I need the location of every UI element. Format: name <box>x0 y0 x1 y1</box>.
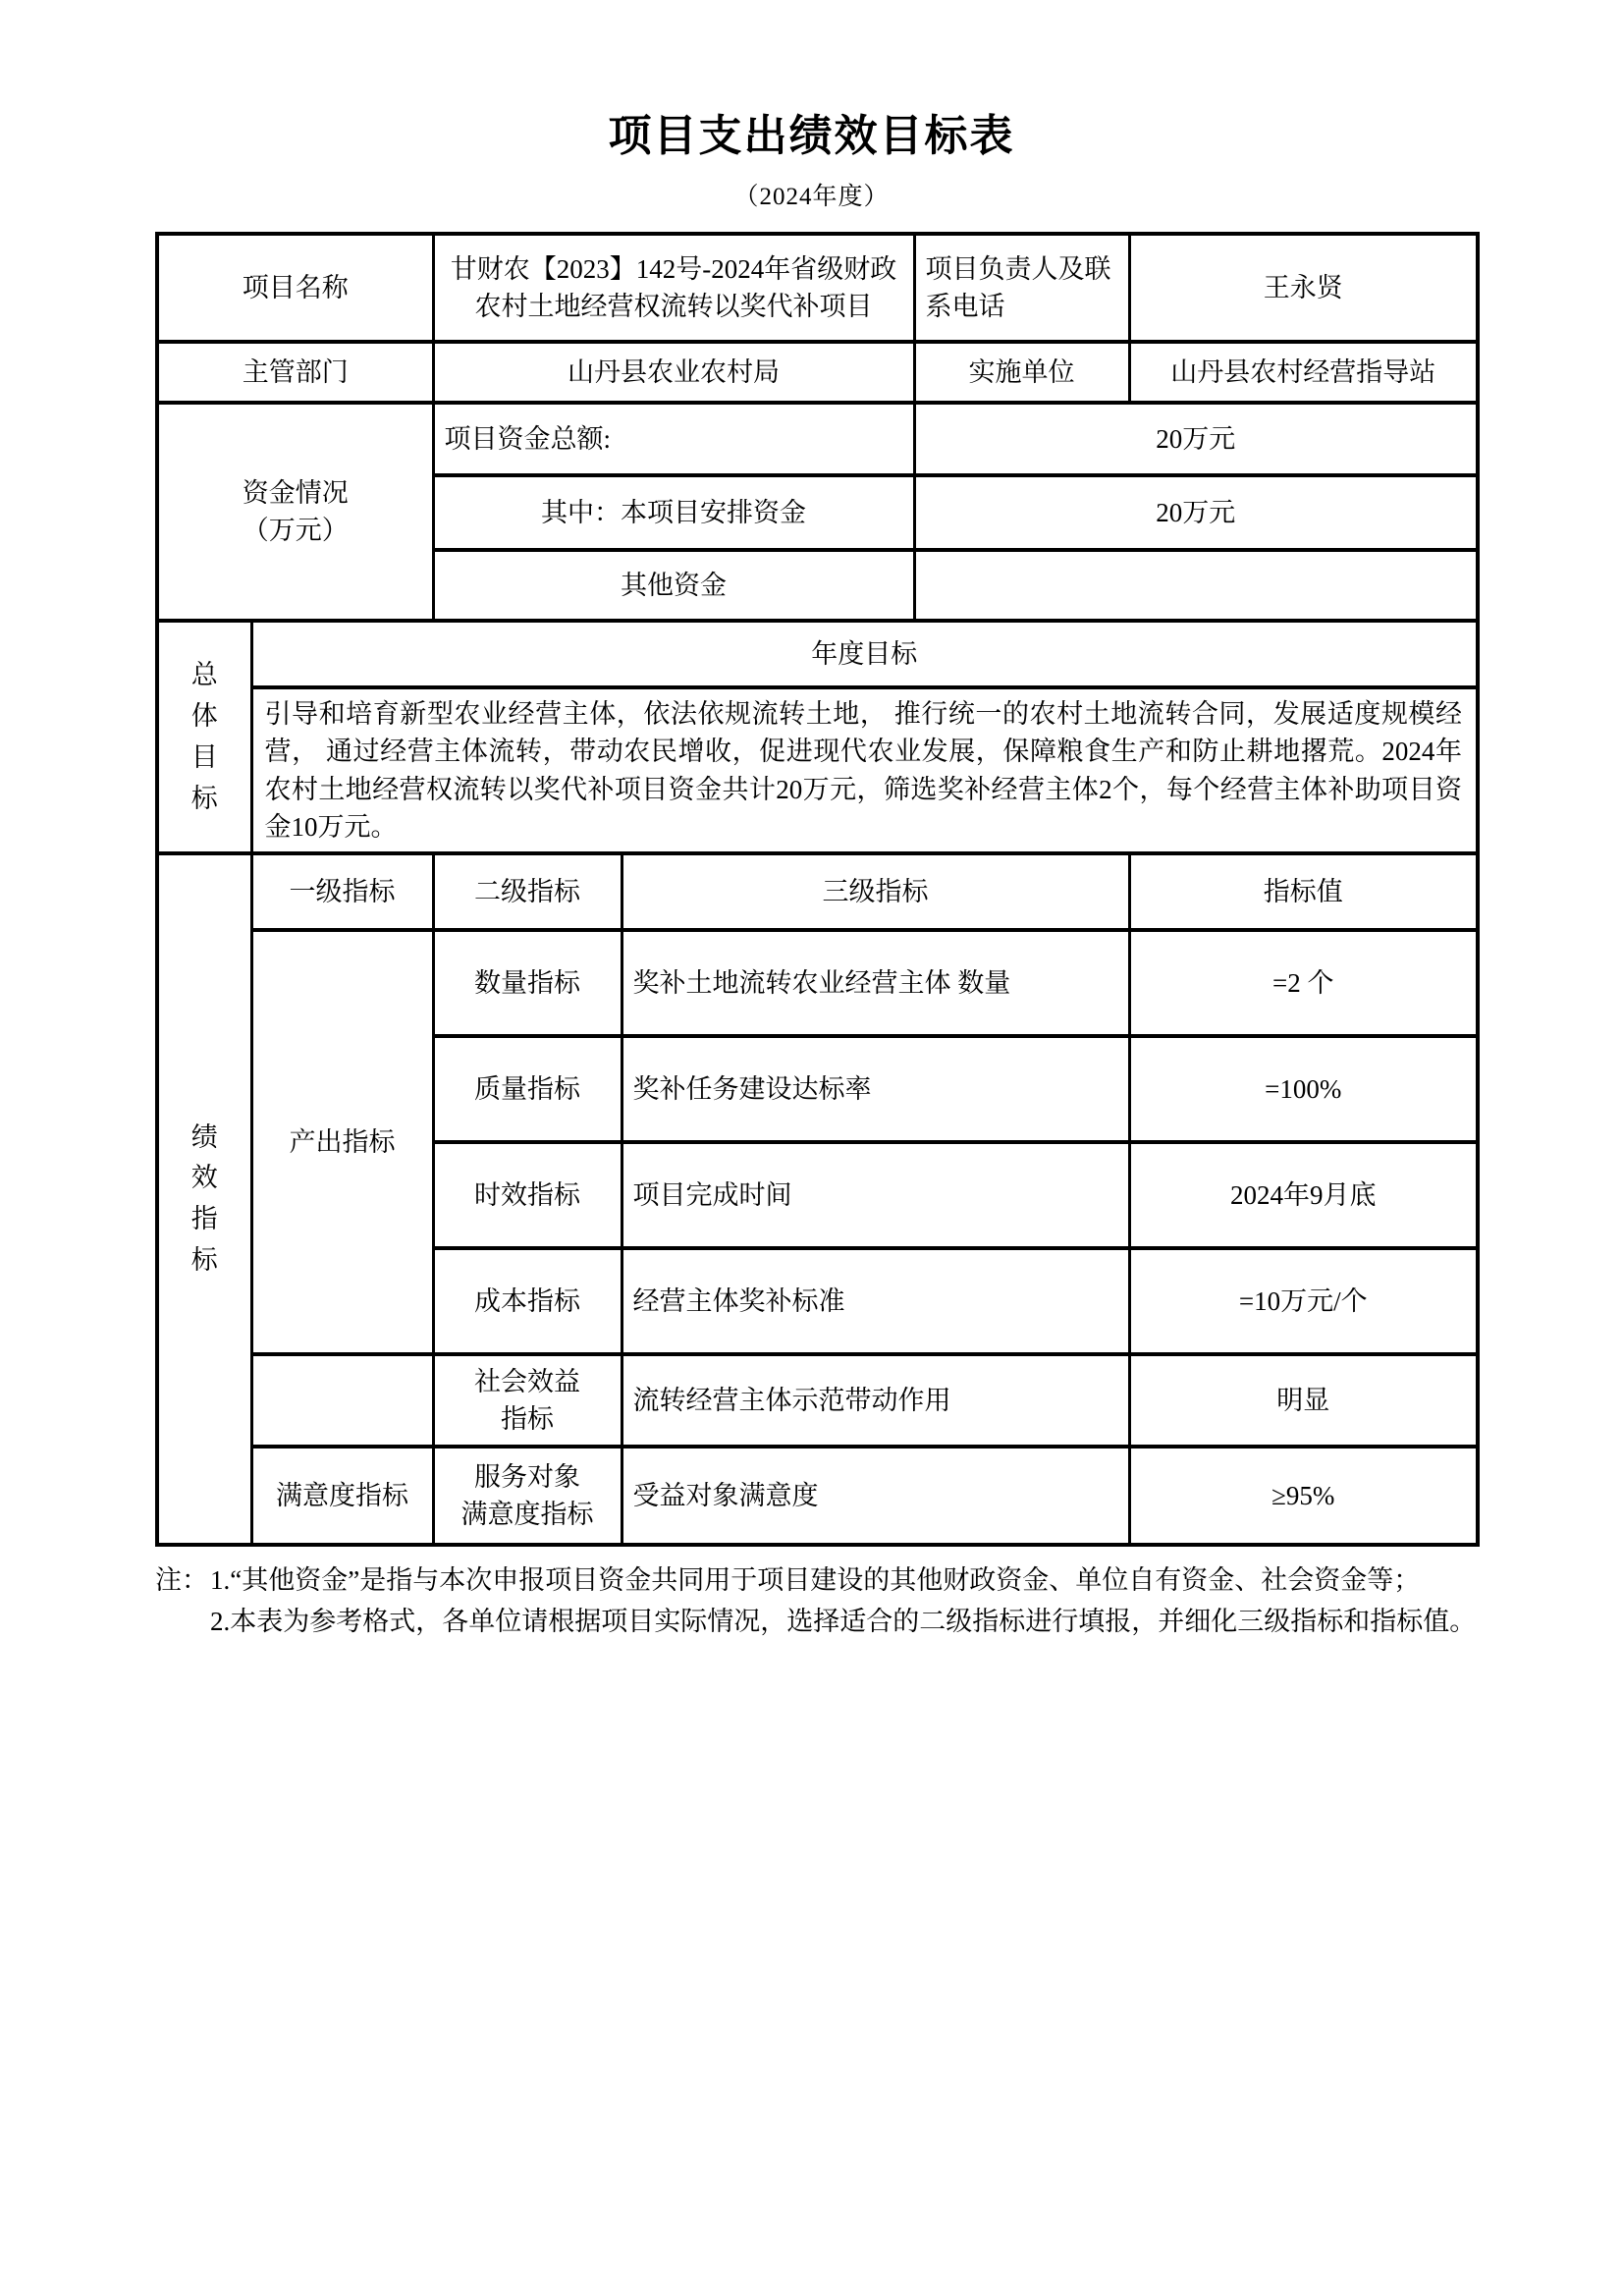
value-social-benefit: 明显 <box>1129 1354 1478 1447</box>
level2-timeliness: 时效指标 <box>433 1142 622 1248</box>
page-subtitle: （2024年度） <box>0 177 1623 212</box>
performance-indicators-label: 绩 效 指 标 <box>157 853 251 1545</box>
table-row: 主管部门 山丹县农业农村局 实施单位 山丹县农村经营指导站 <box>157 342 1478 403</box>
level1-satisfaction: 满意度指标 <box>251 1447 433 1545</box>
performance-target-table: 项目名称 甘财农【2023】142号-2024年省级财政农村土地经营权流转以奖代… <box>155 232 1480 1547</box>
value-quantity: =2 个 <box>1129 930 1478 1036</box>
level2-quality: 质量指标 <box>433 1036 622 1142</box>
level2-satisfaction: 服务对象 满意度指标 <box>433 1447 622 1545</box>
dept-value: 山丹县农业农村局 <box>433 342 914 403</box>
note-item-1: 1.“其他资金”是指与本次申报项目资金共同用于项目建设的其他财政资金、单位自有资… <box>210 1560 1490 1602</box>
overall-goal-label: 总 体 目 标 <box>157 621 251 853</box>
annual-goal-header: 年度目标 <box>251 621 1478 687</box>
indicator-row-social-benefit: 社会效益 指标 流转经营主体示范带动作用 明显 <box>157 1354 1478 1447</box>
notes-section: 注： 1.“其他资金”是指与本次申报项目资金共同用于项目建设的其他财政资金、单位… <box>155 1560 1490 1643</box>
value-cost: =10万元/个 <box>1129 1248 1478 1354</box>
level2-quantity: 数量指标 <box>433 930 622 1036</box>
leader-label: 项目负责人及联系电话 <box>914 234 1129 342</box>
impl-unit-value: 山丹县农村经营指导站 <box>1129 342 1478 403</box>
level3-social-benefit: 流转经营主体示范带动作用 <box>622 1354 1129 1447</box>
table-row: 引导和培育新型农业经营主体，依法依规流转土地， 推行统一的农村土地流转合同，发展… <box>157 687 1478 853</box>
funding-total-label: 项目资金总额: <box>433 403 914 475</box>
table-row: 资金情况 （万元） 项目资金总额: 20万元 <box>157 403 1478 475</box>
dept-label: 主管部门 <box>157 342 433 403</box>
funding-other-value <box>914 550 1478 621</box>
value-satisfaction: ≥95% <box>1129 1447 1478 1545</box>
value-quality: =100% <box>1129 1036 1478 1142</box>
note-item-2: 2.本表为参考格式，各单位请根据项目实际情况，选择适合的二级指标进行填报，并细化… <box>210 1602 1490 1643</box>
funding-total-value: 20万元 <box>914 403 1478 475</box>
indicator-row-satisfaction: 满意度指标 服务对象 满意度指标 受益对象满意度 ≥95% <box>157 1447 1478 1545</box>
table-row: 绩 效 指 标 一级指标 二级指标 三级指标 指标值 <box>157 853 1478 930</box>
document-page: 项目支出绩效目标表 （2024年度） 项目名称 甘财农【2023】142号-20… <box>0 0 1623 2296</box>
project-name-value: 甘财农【2023】142号-2024年省级财政农村土地经营权流转以奖代补项目 <box>433 234 914 342</box>
level3-quantity: 奖补土地流转农业经营主体 数量 <box>622 930 1129 1036</box>
header-value: 指标值 <box>1129 853 1478 930</box>
level1-empty <box>251 1354 433 1447</box>
leader-value: 王永贤 <box>1129 234 1478 342</box>
header-level2: 二级指标 <box>433 853 622 930</box>
funding-project-value: 20万元 <box>914 475 1478 550</box>
notes-prefix: 注： <box>155 1560 210 1643</box>
level3-timeliness: 项目完成时间 <box>622 1142 1129 1248</box>
table-row: 总 体 目 标 年度目标 <box>157 621 1478 687</box>
page-title: 项目支出绩效目标表 <box>0 0 1623 163</box>
level3-quality: 奖补任务建设达标率 <box>622 1036 1129 1142</box>
impl-unit-label: 实施单位 <box>914 342 1129 403</box>
header-level3: 三级指标 <box>622 853 1129 930</box>
project-name-label: 项目名称 <box>157 234 433 342</box>
level1-output: 产出指标 <box>251 930 433 1354</box>
value-timeliness: 2024年9月底 <box>1129 1142 1478 1248</box>
funding-section-label: 资金情况 （万元） <box>157 403 433 621</box>
header-level1: 一级指标 <box>251 853 433 930</box>
level2-social-benefit: 社会效益 指标 <box>433 1354 622 1447</box>
table-row: 项目名称 甘财农【2023】142号-2024年省级财政农村土地经营权流转以奖代… <box>157 234 1478 342</box>
funding-other-label: 其他资金 <box>433 550 914 621</box>
level3-cost: 经营主体奖补标准 <box>622 1248 1129 1354</box>
level3-satisfaction: 受益对象满意度 <box>622 1447 1129 1545</box>
annual-goal-text: 引导和培育新型农业经营主体，依法依规流转土地， 推行统一的农村土地流转合同，发展… <box>251 687 1478 853</box>
indicator-row-quantity: 产出指标 数量指标 奖补土地流转农业经营主体 数量 =2 个 <box>157 930 1478 1036</box>
funding-project-label: 其中：本项目安排资金 <box>433 475 914 550</box>
level2-cost: 成本指标 <box>433 1248 622 1354</box>
